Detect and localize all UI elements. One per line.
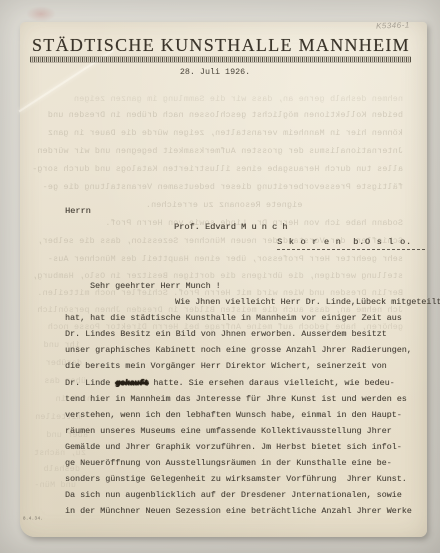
body-line: tend hier in Mannheim das Jnteresse für … xyxy=(65,391,427,407)
body-text-segment: Wie Jhnen vielleicht Herr Dr. Linde,Lübe… xyxy=(175,297,440,307)
bleedthrough-line: alles tun durch Herausgabe eines illustr… xyxy=(45,164,403,174)
bleedthrough-line: nehmen deshalb gerne an, dass wir die Sa… xyxy=(45,94,403,104)
body-line: räumen unseres Museums eine umfassende K… xyxy=(65,423,427,439)
body-text-segment: ge Neueröffnung von Ausstellungsräumen i… xyxy=(65,458,392,468)
body-text-segment: verstehen, wenn ich den lebhaften Wunsch… xyxy=(65,410,402,420)
recipient-salutation-prefix: Herrn xyxy=(65,206,91,216)
body-text-segment: Gemälde und Jhrer Graphik vorzuführen. J… xyxy=(65,442,402,452)
body-line: Dr. Linde gekauft hatte. Sie ersehen dar… xyxy=(65,375,427,391)
letter-date: 28. Juli 1926. xyxy=(80,67,350,78)
bleedthrough-line: fältigste Pressevorbereitung dieser bede… xyxy=(45,182,403,192)
body-line: unser graphisches Kabinett noch eine gro… xyxy=(65,342,427,358)
bleedthrough-line: sehr geehrter Herr Professor, über einen… xyxy=(45,254,403,264)
letterhead-ornamental-rule xyxy=(30,57,411,62)
recipient-address-underline xyxy=(277,249,425,250)
body-text-segment: Sehr geehrter Herr Munch ! xyxy=(90,281,221,291)
bleedthrough-line: können hier in Mannheim veranstalten, ze… xyxy=(45,128,403,138)
body-text-segment: Da sich nun augenblicklich auf der Dresd… xyxy=(65,490,402,500)
letter-page: K5346-1 STÄDTISCHE KUNSTHALLE MANNHEIM 2… xyxy=(20,22,427,537)
recipient-address: S k o r e n b.O s l o. xyxy=(277,237,412,247)
body-line: verstehen, wenn ich den lebhaften Wunsch… xyxy=(65,407,427,423)
body-line: Dr. Lindes Besitz ein Bild von Jhnen erw… xyxy=(65,326,427,342)
bleedthrough-line: Jnternationalismus der grossten Aufmerks… xyxy=(45,146,403,156)
body-text-segment: tend hier in Mannheim das Jnteresse für … xyxy=(65,394,407,404)
body-line: in der Münchner Neuen Sezession eine bet… xyxy=(65,503,427,519)
pencil-catalog-number: K5346-1 xyxy=(376,20,410,31)
body-text-segment: sonders günstige Gelegenheit zu wirksams… xyxy=(65,474,407,484)
body-text-segment: Dr. Lindes Besitz ein Bild von Jhnen erw… xyxy=(65,329,387,339)
body-line: Sehr geehrter Herr Munch ! xyxy=(65,278,427,294)
paper-stain xyxy=(26,6,56,22)
body-lines: Sehr geehrter Herr Munch !Wie Jhnen viel… xyxy=(65,278,427,519)
body-line: hat, hat die städtische Kunsthalle in Ma… xyxy=(65,310,427,326)
body-line: Da sich nun augenblicklich auf der Dresd… xyxy=(65,487,427,503)
recipient-name: Prof. Edvard M u n c h xyxy=(174,222,287,232)
scanned-letter-background: K5346-1 STÄDTISCHE KUNSTHALLE MANNHEIM 2… xyxy=(0,0,440,553)
letterhead-title: STÄDTISCHE KUNSTHALLE MANNHEIM xyxy=(32,35,416,55)
bleedthrough-line: eignete Resonanz zu erreichen. xyxy=(45,200,403,210)
body-text-segment: die bereits mein Vorgänger Herr Direktor… xyxy=(65,361,387,371)
body-text-segment: räumen unseres Museums eine umfassende K… xyxy=(65,426,392,436)
struck-out-word: gekauft xyxy=(115,378,148,388)
stationery-print-code: 8.4.34. xyxy=(23,516,43,521)
body-text-segment: Dr. Linde xyxy=(65,378,115,388)
body-line: Gemälde und Jhrer Graphik vorzuführen. J… xyxy=(65,439,427,455)
bleedthrough-line: beiden Kollektionen möglichst geschlosse… xyxy=(45,110,403,120)
body-line: sonders günstige Gelegenheit zu wirksams… xyxy=(65,471,427,487)
body-text-segment: hat, hat die städtische Kunsthalle in Ma… xyxy=(65,313,402,323)
body-text-segment: unser graphisches Kabinett noch eine gro… xyxy=(65,345,412,355)
body-text-segment: in der Münchner Neuen Sezession eine bet… xyxy=(65,506,412,516)
body-line: Wie Jhnen vielleicht Herr Dr. Linde,Lübe… xyxy=(65,294,427,310)
body-text-segment: hatte. Sie ersehen daraus vielleicht, wi… xyxy=(148,378,394,388)
body-line: die bereits mein Vorgänger Herr Direktor… xyxy=(65,358,427,374)
body-line: ge Neueröffnung von Ausstellungsräumen i… xyxy=(65,455,427,471)
